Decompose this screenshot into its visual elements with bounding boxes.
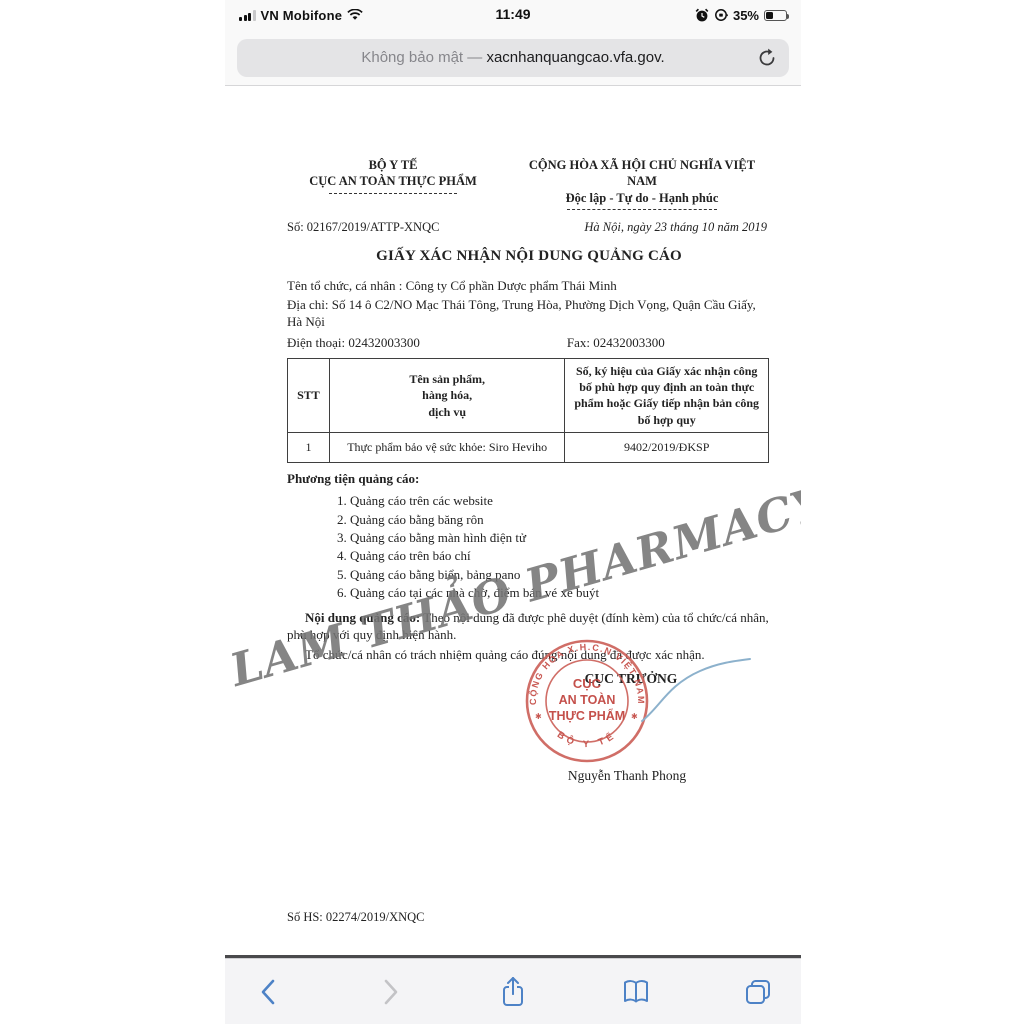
- forward-button[interactable]: [374, 975, 408, 1009]
- signer-name: Nguyễn Thanh Phong: [525, 767, 729, 785]
- back-button[interactable]: [251, 975, 285, 1009]
- signal-bars-icon: [239, 10, 256, 21]
- forward-icon: [379, 977, 403, 1007]
- cell-cert-no: 9402/2019/ĐKSP: [565, 432, 769, 463]
- list-item: 6. Quảng cáo tại các nhà chờ, điểm bán v…: [337, 585, 771, 602]
- bookmarks-icon: [622, 979, 650, 1005]
- tabs-icon: [744, 978, 772, 1006]
- col-header-stt: STT: [288, 359, 330, 433]
- table-row: 1 Thực phẩm bảo vệ sức khỏe: Siro Heviho…: [288, 432, 769, 463]
- col-header-product: Tên sản phẩm, hàng hóa, dịch vụ: [329, 359, 564, 433]
- document-title: GIẤY XÁC NHẬN NỘI DUNG QUẢNG CÁO: [287, 247, 771, 267]
- url-label: xacnhanquangcao.vfa.gov.: [486, 49, 664, 66]
- number-date-row: Số: 02167/2019/ATTP-XNQC Hà Nội, ngày 23…: [287, 219, 771, 235]
- tabs-button[interactable]: [741, 975, 775, 1009]
- alarm-clock-icon: [695, 8, 709, 22]
- document-number: Số: 02167/2019/ATTP-XNQC: [287, 219, 439, 235]
- carrier-label: VN Mobifone: [261, 8, 343, 23]
- media-list: 1. Quảng cáo trên các website 2. Quảng c…: [337, 493, 771, 602]
- dash-separator: [567, 209, 717, 210]
- list-item: 5. Quảng cáo bằng biển, bảng pano: [337, 567, 771, 584]
- motto: Độc lập - Tự do - Hạnh phúc: [513, 190, 771, 206]
- stamp-star: ✱: [631, 712, 638, 721]
- reload-icon[interactable]: [756, 47, 778, 69]
- cell-product: Thực phẩm bảo vệ sức khỏe: Siro Heviho: [329, 432, 564, 463]
- status-bar: VN Mobifone 11:49 3: [225, 0, 801, 30]
- list-item: 3. Quảng cáo bằng màn hình điện tử: [337, 530, 771, 547]
- screenshot-canvas: VN Mobifone 11:49 3: [0, 0, 1024, 1024]
- svg-text:BỘ Y TẾ: BỘ Y TẾ: [555, 729, 619, 750]
- rotation-lock-icon: [714, 8, 728, 22]
- phone-fax-row: Điện thoại: 02432003300 Fax: 02432003300: [287, 335, 771, 352]
- content-label: Nội dung quảng cáo:: [305, 610, 420, 625]
- country-title: CỘNG HÒA XÃ HỘI CHỦ NGHĨA VIỆT NAM: [513, 157, 771, 190]
- reference-number: Số HS: 02274/2019/XNQC: [287, 909, 425, 925]
- official-stamp: CỘNG HÒA X.H.C.N VIỆT NAM BỘ Y TẾ ✱ ✱ CỤ…: [522, 636, 652, 766]
- national-motto-block: CỘNG HÒA XÃ HỘI CHỦ NGHĨA VIỆT NAM Độc l…: [513, 157, 771, 210]
- issuer-ministry: BỘ Y TẾ: [287, 157, 499, 173]
- document-header: BỘ Y TẾ CỤC AN TOÀN THỰC PHẨM CỘNG HÒA X…: [287, 157, 771, 210]
- address-line: Địa chỉ: Số 14 ô C2/NO Mạc Thái Tông, Tr…: [287, 297, 771, 331]
- product-table: STT Tên sản phẩm, hàng hóa, dịch vụ Số, …: [287, 358, 769, 463]
- wifi-icon: [347, 9, 363, 21]
- stamp-center-line2: AN TOÀN: [559, 692, 616, 707]
- cell-stt: 1: [288, 432, 330, 463]
- list-item: 2. Quảng cáo bằng băng rôn: [337, 512, 771, 529]
- col-header-product-line: hàng hóa,: [333, 387, 561, 403]
- dash-separator: [329, 193, 457, 194]
- share-icon: [500, 976, 526, 1008]
- table-header-row: STT Tên sản phẩm, hàng hóa, dịch vụ Số, …: [288, 359, 769, 433]
- media-section-title: Phương tiện quảng cáo:: [287, 471, 771, 488]
- issuer-department: CỤC AN TOÀN THỰC PHẨM: [287, 173, 499, 189]
- address-bar[interactable]: Không bảo mật — xacnhanquangcao.vfa.gov.: [237, 39, 789, 77]
- issuer-block: BỘ Y TẾ CỤC AN TOÀN THỰC PHẨM: [287, 157, 499, 210]
- col-header-product-line: Tên sản phẩm,: [333, 371, 561, 387]
- list-item: 1. Quảng cáo trên các website: [337, 493, 771, 510]
- document-date: Hà Nội, ngày 23 tháng 10 năm 2019: [584, 219, 767, 235]
- safari-window: VN Mobifone 11:49 3: [225, 0, 801, 1024]
- bookmarks-button[interactable]: [619, 975, 653, 1009]
- list-item: 4. Quảng cáo trên báo chí: [337, 548, 771, 565]
- battery-percent-label: 35%: [733, 8, 759, 23]
- stamp-center-line3: THỰC PHẨM: [549, 708, 625, 723]
- insecure-label: Không bảo mật —: [361, 49, 486, 66]
- signature-stroke: [638, 655, 754, 725]
- stamp-star: ✱: [535, 712, 542, 721]
- organization-line: Tên tổ chức, cá nhân : Công ty Cổ phần D…: [287, 278, 771, 295]
- web-page[interactable]: BỘ Y TẾ CỤC AN TOÀN THỰC PHẨM CỘNG HÒA X…: [225, 87, 801, 958]
- col-header-product-line: dịch vụ: [333, 404, 561, 420]
- back-icon: [256, 977, 280, 1007]
- address-bar-text: Không bảo mật — xacnhanquangcao.vfa.gov.: [361, 49, 664, 66]
- battery-icon: [764, 10, 787, 21]
- clock-label: 11:49: [495, 6, 530, 22]
- stamp-ring-bottom-text: BỘ Y TẾ: [555, 729, 619, 750]
- phone-line: Điện thoại: 02432003300: [287, 335, 420, 352]
- share-button[interactable]: [496, 975, 530, 1009]
- browser-toolbar: [225, 958, 801, 1024]
- address-bar-section: Không bảo mật — xacnhanquangcao.vfa.gov.: [225, 30, 801, 86]
- stamp-center-line1: CỤC: [573, 676, 602, 691]
- certificate-document: BỘ Y TẾ CỤC AN TOÀN THỰC PHẨM CỘNG HÒA X…: [225, 87, 801, 955]
- col-header-cert: Số, ký hiệu của Giấy xác nhận công bố ph…: [565, 359, 769, 433]
- fax-line: Fax: 02432003300: [567, 335, 665, 352]
